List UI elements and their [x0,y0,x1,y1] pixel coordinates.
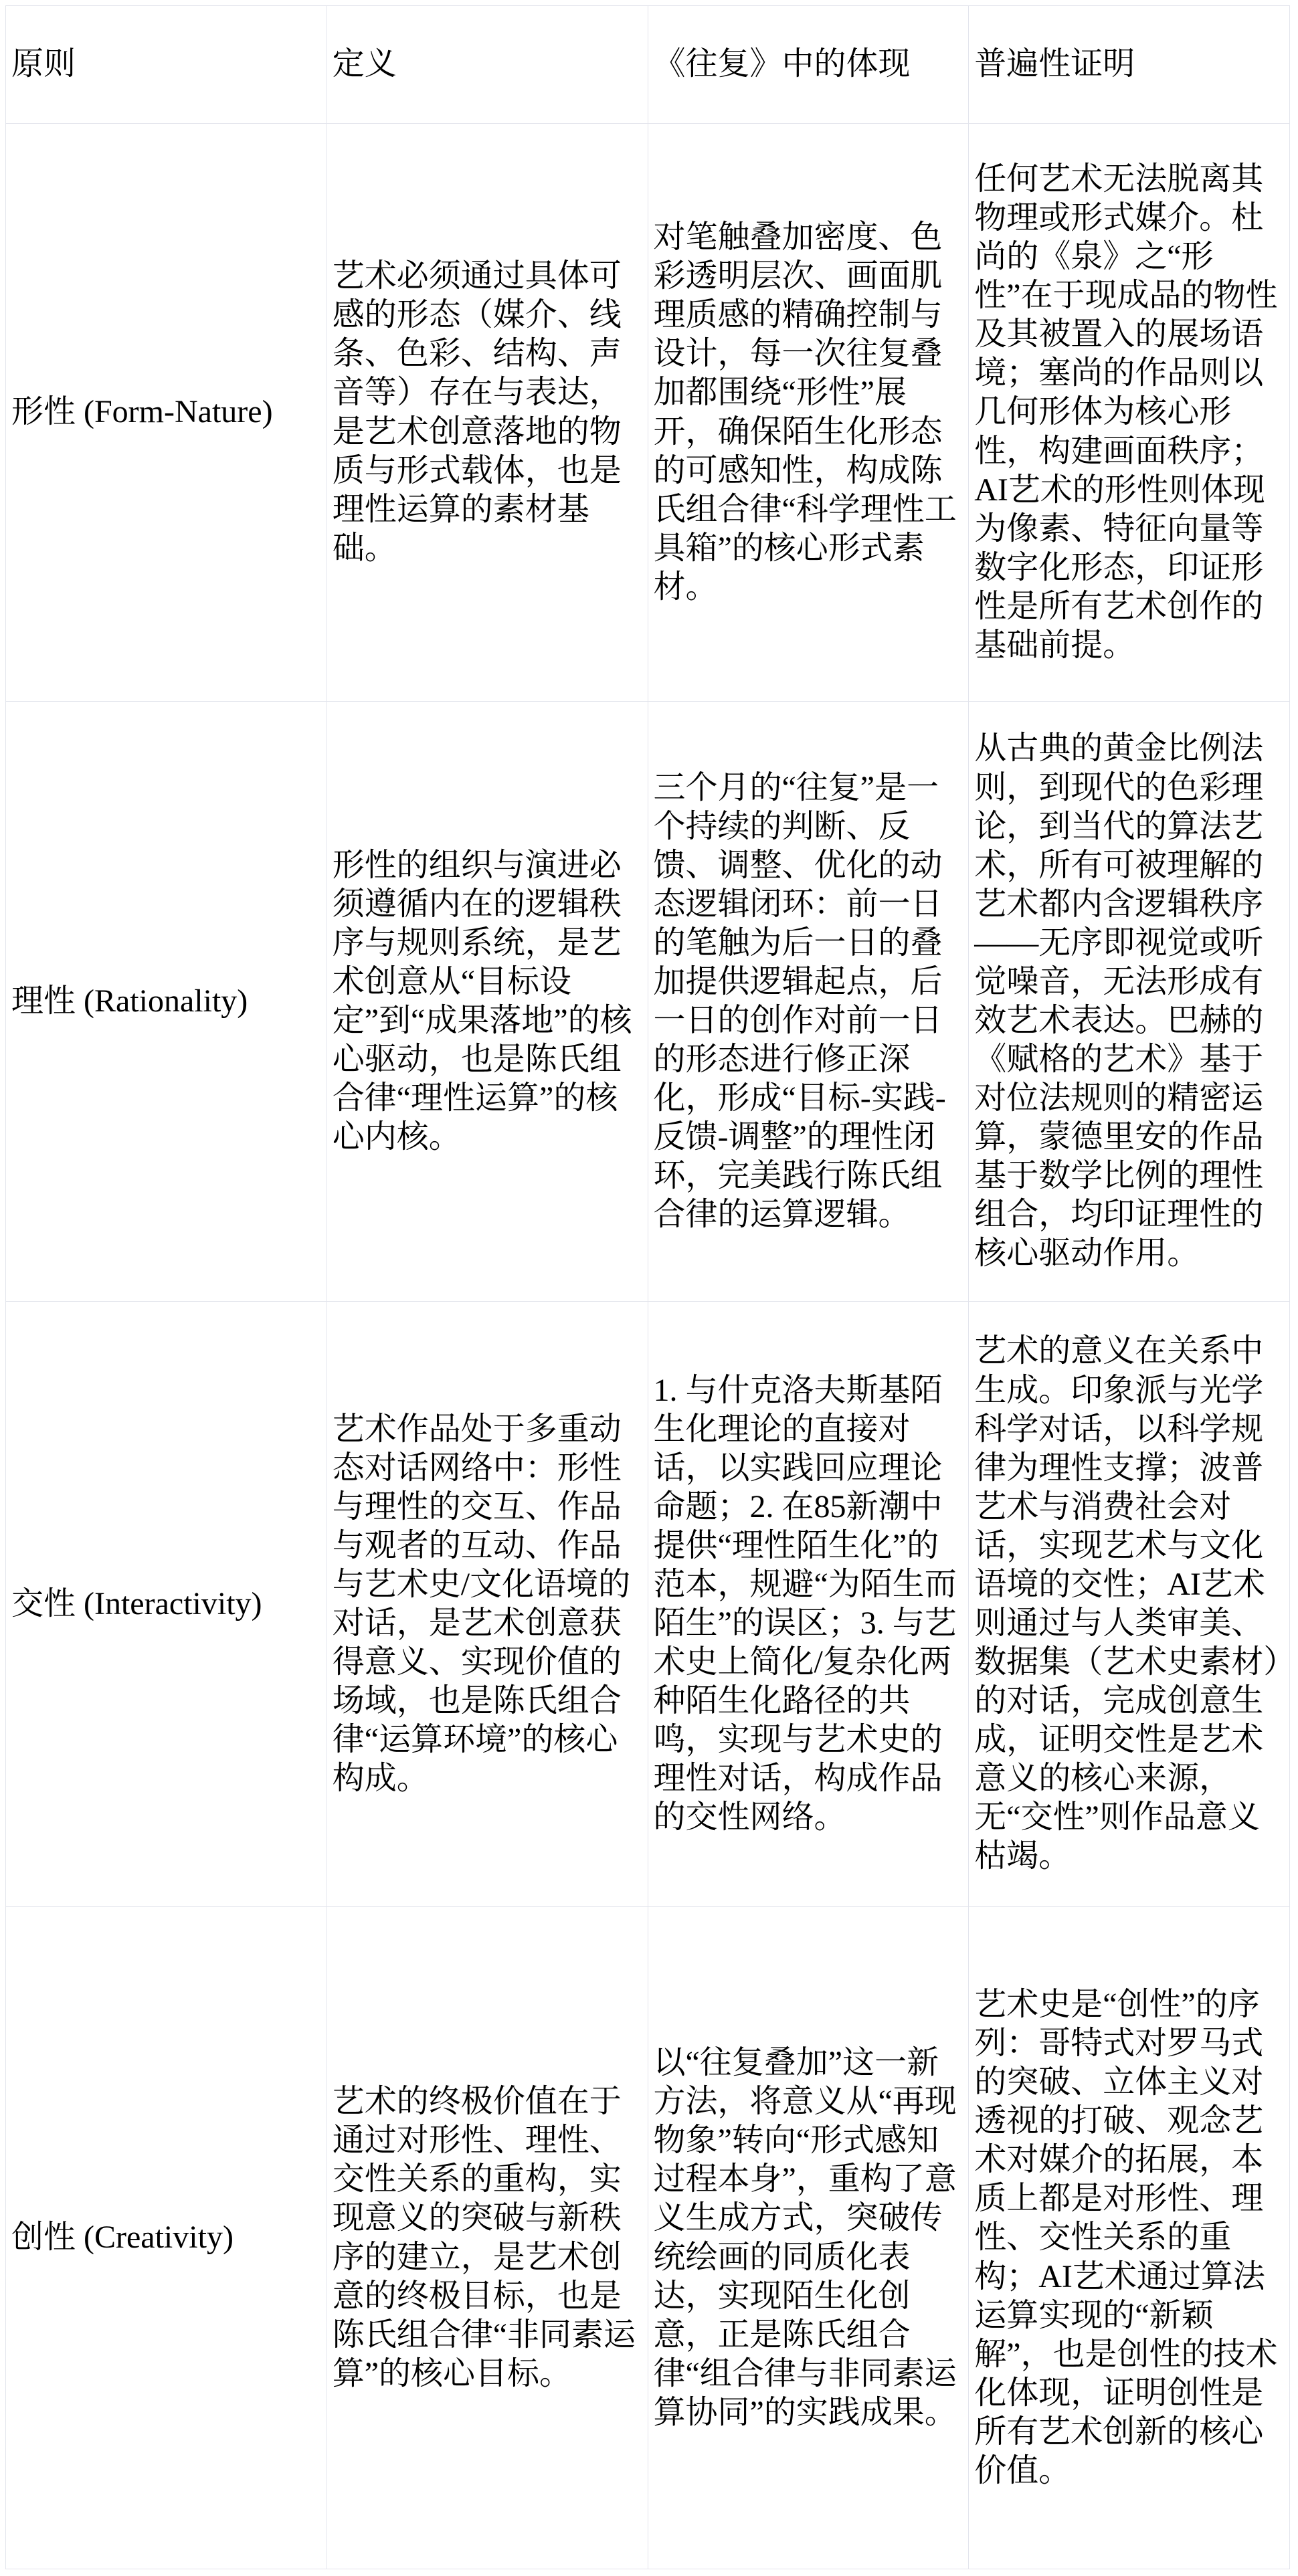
cell-manifestation: 对笔触叠加密度、色彩透明层次、画面肌理质感的精确控制与设计，每一次往复叠加都围绕… [648,124,969,702]
cell-manifestation: 1. 与什克洛夫斯基陌生化理论的直接对话，以实践回应理论命题；2. 在85新潮中… [648,1302,969,1907]
table-row-rationality: 理性 (Rationality) 形性的组织与演进必须遵循内在的逻辑秩序与规则系… [6,702,1290,1302]
cell-definition: 形性的组织与演进必须遵循内在的逻辑秩序与规则系统，是艺术创意从“目标设定”到“成… [327,702,648,1302]
document-page: 原则 定义 《往复》中的体现 普遍性证明 形性 (Form-Nature) 艺术… [0,0,1298,2576]
table-row-form-nature: 形性 (Form-Nature) 艺术必须通过具体可感的形态（媒介、线条、色彩、… [6,124,1290,702]
column-header-definition: 定义 [327,6,648,124]
cell-manifestation: 以“往复叠加”这一新方法，将意义从“再现物象”转向“形式感知过程本身”，重构了意… [648,1907,969,2569]
cell-principle: 交性 (Interactivity) [6,1302,327,1907]
cell-proof: 任何艺术无法脱离其物理或形式媒介。杜尚的《泉》之“形性”在于现成品的物性及其被置… [969,124,1290,702]
cell-definition: 艺术的终极价值在于通过对形性、理性、交性关系的重构，实现意义的突破与新秩序的建立… [327,1907,648,2569]
header-row: 原则 定义 《往复》中的体现 普遍性证明 [6,6,1290,124]
cell-definition: 艺术必须通过具体可感的形态（媒介、线条、色彩、结构、声音等）存在与表达，是艺术创… [327,124,648,702]
cell-principle: 形性 (Form-Nature) [6,124,327,702]
table-row-interactivity: 交性 (Interactivity) 艺术作品处于多重动态对话网络中：形性与理性… [6,1302,1290,1907]
cell-proof: 艺术史是“创性”的序列：哥特式对罗马式的突破、立体主义对透视的打破、观念艺术对媒… [969,1907,1290,2569]
cell-proof: 艺术的意义在关系中生成。印象派与光学科学对话，以科学规律为理性支撑；波普艺术与消… [969,1302,1290,1907]
cell-manifestation: 三个月的“往复”是一个持续的判断、反馈、调整、优化的动态逻辑闭环：前一日的笔触为… [648,702,969,1302]
column-header-principle: 原则 [6,6,327,124]
table-row-creativity: 创性 (Creativity) 艺术的终极价值在于通过对形性、理性、交性关系的重… [6,1907,1290,2569]
principles-table: 原则 定义 《往复》中的体现 普遍性证明 形性 (Form-Nature) 艺术… [5,5,1290,2569]
cell-proof: 从古典的黄金比例法则，到现代的色彩理论，到当代的算法艺术，所有可被理解的艺术都内… [969,702,1290,1302]
cell-principle: 创性 (Creativity) [6,1907,327,2569]
cell-definition: 艺术作品处于多重动态对话网络中：形性与理性的交互、作品与观者的互动、作品与艺术史… [327,1302,648,1907]
column-header-manifestation: 《往复》中的体现 [648,6,969,124]
cell-principle: 理性 (Rationality) [6,702,327,1302]
column-header-proof: 普遍性证明 [969,6,1290,124]
